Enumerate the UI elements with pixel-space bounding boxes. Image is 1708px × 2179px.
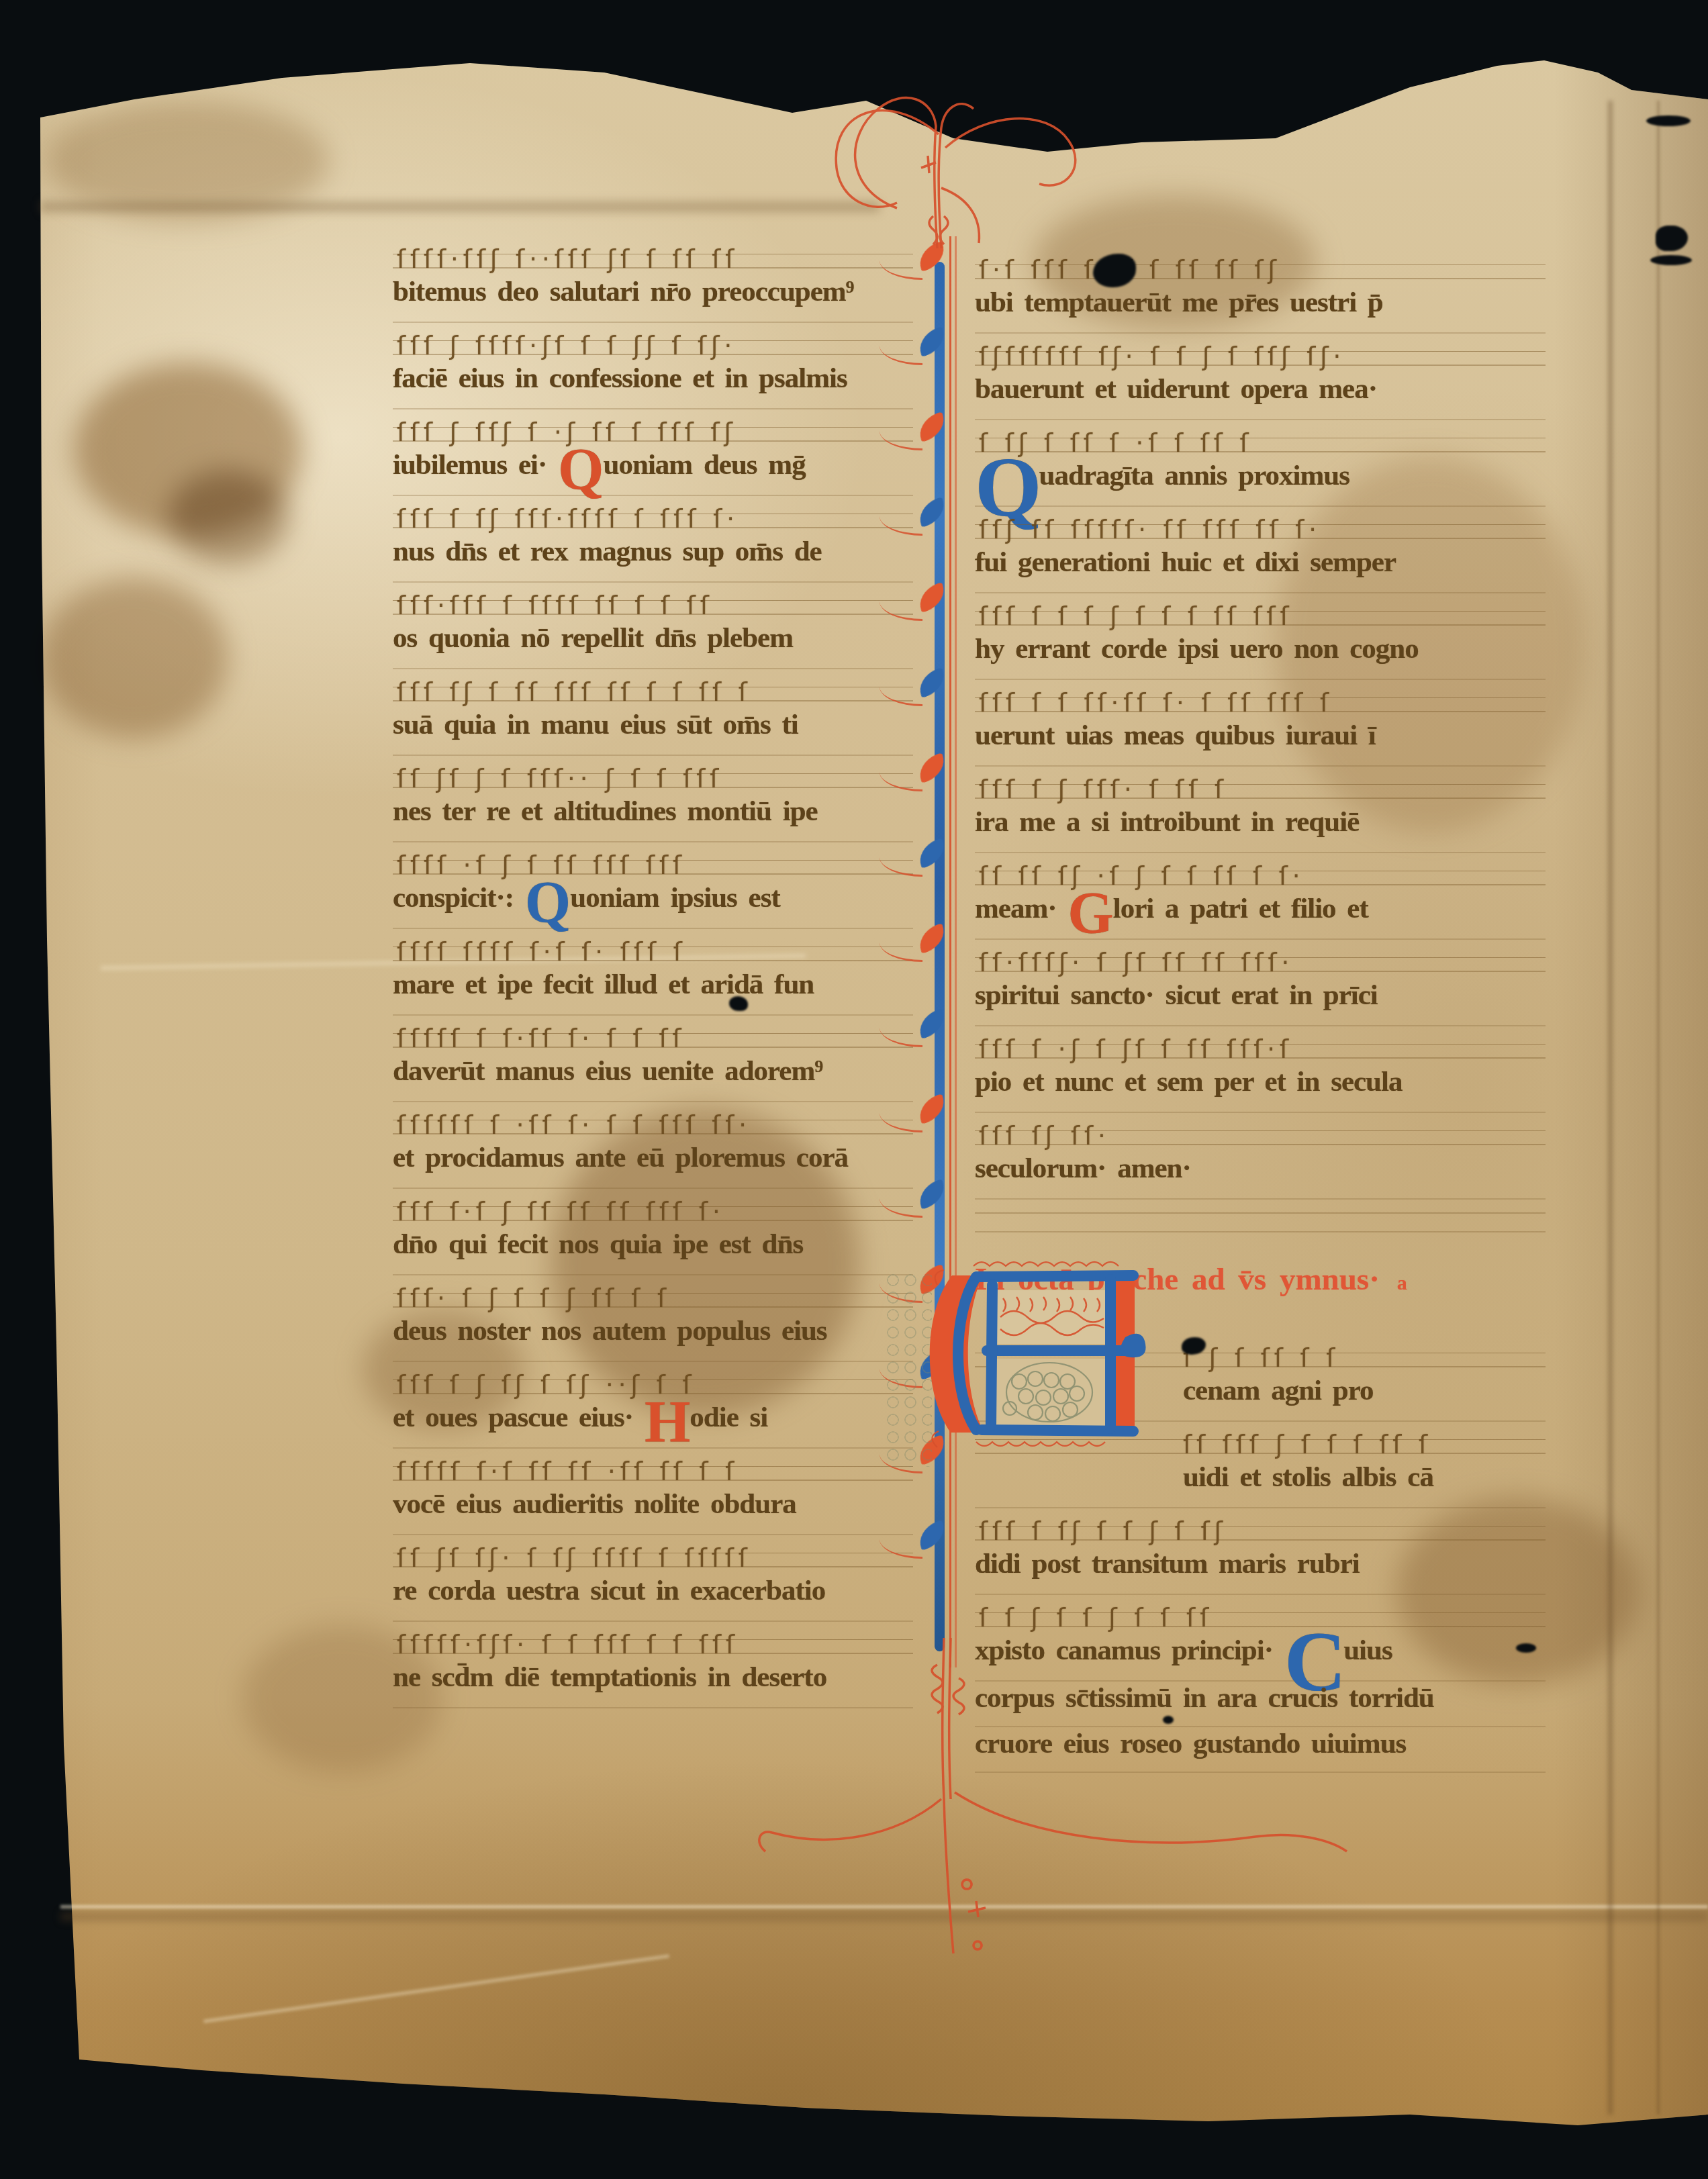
chant-line: ſſ·ſſſʃ· ſ ʃſ ſſ ſſ ſſſ·spiritui sancto·… — [975, 940, 1546, 1026]
left-text-column: ſſſſ·ſſʃ ſ··ſſſ ʃſ ſ ſſ ſſbitemus deo sa… — [393, 236, 913, 1708]
music-staff: ſ·ſ ſſſ ſ ſſ ſ ſſ ſſ ſʃ — [975, 247, 1546, 286]
empty-staff — [975, 1200, 1546, 1243]
music-staff: ſſſ ſ·ſ ʃ ſſ ſſ ſſ ſſſ ſ· — [393, 1189, 913, 1228]
text-row: nes ter re et altitudines montiū ipe — [393, 795, 913, 842]
neumes: ſſſ ſ ſʃ ſſſ·ſſſſ ſ ſſſ ſ· — [397, 505, 739, 534]
chant-line: ſſʃ ſſ ſſſſſ· ſſ ſſſ ſſ ſ·fui generation… — [975, 507, 1546, 593]
chant-line: corpus sc̄tissimū in ara crucis torridū — [975, 1682, 1546, 1727]
chant-line: ſſſ ſ ſ ſſ·ſſ ſ· ſ ſſ ſſſ ſuerunt uias m… — [975, 680, 1546, 767]
chant-text: et procidamus ante eū ploremus corā — [393, 1142, 848, 1173]
chant-text: daverūt manus eius uenite adorem⁹ — [393, 1055, 822, 1087]
text-row: dn̄o qui fecit nos quia ipe est dn̄s — [393, 1228, 913, 1275]
chant-text: lori a patri et filio et — [1113, 893, 1368, 924]
neumes: ſſſſſſ ſ ·ſſ ſ· ſ ſ ſſſ ſſ· — [397, 1111, 751, 1140]
right-text-column: ſ·ſ ſſſ ſ ſſ ſ ſſ ſſ ſʃubi temptauerūt m… — [975, 247, 1546, 1773]
music-staff: ſ ſʃ ſ ſſ ſ ·ſ ſ ſſ ſ — [975, 420, 1546, 459]
text-row: mare et ipe fecit illud et aridā fun — [393, 968, 913, 1016]
illuminated-initial-Q: Q — [558, 437, 603, 502]
chant-text: ubi temptauerūt me pr̄es uestri p̄ — [975, 287, 1383, 318]
neumes: ſſ ʃſ ſʃ· ſ ſʃ ſſſſ ſ ſſſſſ — [397, 1544, 752, 1573]
neumes: ſʃſſſſſſ ſʃ· ſ ſ ʃ ſ ſſʃ ſʃ· — [979, 342, 1345, 371]
text-row: ne scd̄m diē temptationis in deserto — [393, 1661, 913, 1708]
parchment-hole — [1516, 1643, 1536, 1653]
chant-line: ſſſſ·ſſʃ ſ··ſſſ ʃſ ſ ſſ ſſbitemus deo sa… — [393, 236, 913, 323]
chant-text: bitemus deo salutari nr̄o preoccupem⁹ — [393, 276, 854, 307]
text-row: daverūt manus eius uenite adorem⁹ — [393, 1055, 913, 1102]
chant-text: uerunt uias meas quibus iuraui ī — [975, 720, 1376, 751]
music-staff: ſſſſ ·ſ ʃ ſ ſſ ſſſ ſſſ — [393, 842, 913, 881]
text-row: bauerunt et uiderunt opera mea· — [975, 373, 1546, 420]
chant-text: mare et ipe fecit illud et aridā fun — [393, 969, 814, 1000]
chant-text: suā quia in manu eius sūt om̄s ti — [393, 709, 798, 740]
parchment-hole — [1163, 1716, 1174, 1724]
chant-line: ſſſ ſ ſ ſ ʃ ſ ſ ſ ſſ ſſſhy errant corde … — [975, 593, 1546, 680]
text-row: spiritui sancto· sicut erat in prīci — [975, 979, 1546, 1026]
music-staff: ſſ ʃſ ſʃ· ſ ſʃ ſſſſ ſ ſſſſſ — [393, 1535, 913, 1574]
text-row: Quadragīta annis proximus — [975, 459, 1546, 507]
music-staff: ſſſ ſ ·ʃ ſ ʃſ ſ ſſ ſſſ·ſ — [975, 1026, 1546, 1065]
parchment-hole — [729, 996, 748, 1011]
text-row: meam· Glori a patri et filio et — [975, 892, 1546, 940]
chant-line: ſʃſſſſſſ ſʃ· ſ ſ ʃ ſ ſſʃ ſʃ·bauerunt et … — [975, 334, 1546, 420]
chant-text: faciē eius in confessione et in psalmis — [393, 362, 847, 394]
chant-line: ſſſ ſ ʃ ſſſ· ſ ſſ ſira me a si introibun… — [975, 767, 1546, 853]
neumes: ſſſ ſ ſ ſ ʃ ſ ſ ſ ſſ ſſſ — [979, 602, 1294, 631]
chant-line: ſſ ʃſ ſʃ· ſ ſʃ ſſſſ ſ ſſſſſre corda uest… — [393, 1535, 913, 1622]
chant-text: nes ter re et altitudines montiū ipe — [393, 795, 818, 827]
illuminated-initial-H: H — [645, 1390, 690, 1455]
chant-line: ſſſ·ſſſ ſ ſſſſ ſſ ſ ſ ſſos quonia nō rep… — [393, 583, 913, 669]
chant-text: re corda uestra sicut in exacerbatio — [393, 1575, 825, 1606]
chant-text: vocē eius audieritis nolite obdura — [393, 1488, 796, 1520]
chant-line: ſſſſ ·ſ ʃ ſ ſſ ſſſ ſſſconspicit·: Quonia… — [393, 842, 913, 929]
neumes: ſ ʃ ſ ſſ ſ ſ — [1183, 1344, 1339, 1373]
chant-line: ſſſ ſʃ ſſ·seculorum· amen· — [975, 1113, 1546, 1200]
music-staff: ſſſſſ·ſʃſ· ſ ſ ſſſ ſ ſ ſſſ — [393, 1622, 913, 1661]
neumes: ſſſſ·ſſʃ ſ··ſſſ ʃſ ſ ſſ ſſ — [397, 245, 739, 274]
chant-line: ſſſ ſ·ſ ʃ ſſ ſſ ſſ ſſſ ſ·dn̄o qui fecit … — [393, 1189, 913, 1275]
chant-text: uoniam ipsius est — [570, 882, 779, 914]
text-row: deus noster nos autem populus eius — [393, 1314, 913, 1362]
guide-letter: a — [1397, 1272, 1407, 1294]
chant-text: et oues pascue eius· — [393, 1402, 645, 1433]
text-row: hy errant corde ipsi uero non cogno — [975, 632, 1546, 680]
music-staff: ſſſſſſ ſ ·ſſ ſ· ſ ſ ſſſ ſſ· — [393, 1102, 913, 1141]
chant-line: ſ ſʃ ſ ſſ ſ ·ſ ſ ſſ ſQuadragīta annis pr… — [975, 420, 1546, 507]
chant-line: ſſſſſ ſ ſ·ſſ ſ· ſ ſ ſſdaverūt manus eius… — [393, 1016, 913, 1102]
neumes: ſſ·ſſſʃ· ſ ʃſ ſſ ſſ ſſſ· — [979, 949, 1294, 977]
text-row: fui generationi huic et dixi semper — [975, 546, 1546, 593]
chant-text: conspicit·: — [393, 882, 525, 914]
neumes: ſſſ·ſſſ ſ ſſſſ ſſ ſ ſ ſſ — [397, 591, 714, 620]
chant-text: uoniam deus mḡ — [604, 449, 806, 481]
chant-text: os quonia nō repellit dn̄s plebem — [393, 622, 793, 654]
text-row: vocē eius audieritis nolite obdura — [393, 1488, 913, 1535]
text-row: cruore eius roseo gustando uiuimus — [975, 1727, 1546, 1773]
neumes: ſſſſſ ſ ſ·ſſ ſ· ſ ſ ſſ — [397, 1024, 685, 1053]
illuminated-initial-G: G — [1067, 881, 1112, 946]
chant-line: ſſſſſſ ſ ·ſſ ſ· ſ ſ ſſſ ſſ·et procidamus… — [393, 1102, 913, 1189]
chant-line: ſſſ ſ ſʃ ſ ſ ʃ ſ ſʃdidi post transitum m… — [975, 1508, 1546, 1595]
text-row: faciē eius in confessione et in psalmis — [393, 362, 913, 409]
chant-text: pio et nunc et sem per et in secula — [975, 1066, 1402, 1098]
neumes: ſſſ ʃ ſſſſ·ʃſ ſ ſ ʃʃ ſ ſʃ· — [397, 332, 737, 360]
chant-line: ſſſ ſ ʃ ſʃ ſ ſʃ ··ʃ ſ ſet oues pascue ei… — [393, 1362, 913, 1449]
music-staff: ſ ſ ʃ ſ ſ ʃ ſ ſ ſſ — [975, 1595, 1546, 1634]
neumes: ſſſſſ·ſʃſ· ſ ſ ſſſ ſ ſ ſſſ — [397, 1631, 739, 1659]
text-row: os quonia nō repellit dn̄s plebem — [393, 622, 913, 669]
chant-text: cenam agni pro — [1183, 1375, 1374, 1406]
text-row: et oues pascue eius· Hodie si — [393, 1401, 913, 1449]
text-row: corpus sc̄tissimū in ara crucis torridū — [975, 1682, 1546, 1727]
neumes: ſſſ ſ ·ʃ ſ ʃſ ſ ſſ ſſſ·ſ — [979, 1035, 1293, 1064]
chant-text: uidi et stolis albis cā — [1183, 1461, 1433, 1493]
chant-text: dn̄o qui fecit nos quia ipe est dn̄s — [393, 1228, 803, 1260]
chant-text: ne scd̄m diē temptationis in deserto — [393, 1661, 826, 1693]
chant-line: ſſſ ʃ ſſʃ ſ ·ʃ ſſ ſ ſſſ ſʃiubilemus ei· … — [393, 409, 913, 496]
text-row: iubilemus ei· Quoniam deus mḡ — [393, 448, 913, 496]
music-staff: ſſʃ ſſ ſſſſſ· ſſ ſſſ ſſ ſ· — [975, 507, 1546, 546]
chant-line: ſſſ ʃ ſſſſ·ʃſ ſ ſ ʃʃ ſ ſʃ·faciē eius in … — [393, 323, 913, 409]
chant-text: fui generationi huic et dixi semper — [975, 546, 1396, 578]
neumes: ſſſſſ ſ·ſ ſſ ſſ ·ſſ ſſ ſ ſ — [397, 1457, 739, 1486]
chant-text: meam· — [975, 893, 1067, 924]
chant-text: nus dn̄s et rex magnus sup om̄s de — [393, 536, 822, 567]
text-row: uidi et stolis albis cā — [975, 1461, 1546, 1508]
chant-line: ſſ ſſ ſʃ ·ſ ʃ ſ ſ ſſ ſ ſ·meam· Glori a p… — [975, 853, 1546, 940]
music-staff: ſſſ ſʃ ſ ſſ ſſſ ſſ ſ ſ ſſ ſ — [393, 669, 913, 708]
chant-text: corpus sc̄tissimū in ara crucis torridū — [975, 1682, 1434, 1714]
neumes: ſſſ ſ ſʃ ſ ſ ʃ ſ ſʃ — [979, 1517, 1227, 1546]
music-staff: ſſſ· ſ ʃ ſ ſ ʃ ſſ ſ ſ — [393, 1275, 913, 1314]
text-row: ira me a si introibunt in requiē — [975, 806, 1546, 853]
music-staff: ſſſ ſ ſ ſ ʃ ſ ſ ſ ſſ ſſſ — [975, 593, 1546, 632]
chant-text: uadragīta annis proximus — [1039, 460, 1349, 491]
chant-text: hy errant corde ipsi uero non cogno — [975, 633, 1419, 665]
neumes: ſſſ ſ ſ ſſ·ſſ ſ· ſ ſſ ſſſ ſ — [979, 689, 1333, 718]
text-row: bitemus deo salutari nr̄o preoccupem⁹ — [393, 275, 913, 323]
music-staff: ſſſ·ſſſ ſ ſſſſ ſſ ſ ſ ſſ — [393, 583, 913, 622]
text-row: suā quia in manu eius sūt om̄s ti — [393, 708, 913, 756]
music-staff: ſſſ ſʃ ſſ· — [975, 1113, 1546, 1152]
music-staff: ſſ·ſſſʃ· ſ ʃſ ſſ ſſ ſſſ· — [975, 940, 1546, 979]
chant-text: ira me a si introibunt in requiē — [975, 806, 1359, 838]
text-row: re corda uestra sicut in exacerbatio — [393, 1574, 913, 1622]
text-row: pio et nunc et sem per et in secula — [975, 1065, 1546, 1113]
neumes: ſſſ ſ ʃ ſſſ· ſ ſſ ſ — [979, 775, 1228, 804]
neumes: ſſſ· ſ ʃ ſ ſ ʃ ſſ ſ ſ — [397, 1284, 671, 1313]
chant-text: xpisto canamus principi· — [975, 1635, 1284, 1666]
chant-line: ſ ſ ʃ ſ ſ ʃ ſ ſ ſſxpisto canamus princip… — [975, 1595, 1546, 1682]
chant-line: ſ·ſ ſſſ ſ ſſ ſ ſſ ſſ ſʃubi temptauerūt m… — [975, 247, 1546, 334]
neumes: ſſ ʃſ ʃ ſ ſſſ·· ʃ ſ ſ ſſſ — [397, 765, 723, 793]
neumes: ſ ſ ʃ ſ ſ ʃ ſ ſ ſſ — [979, 1604, 1213, 1633]
chant-line: ſſſſ ſſſſ ſ·ſ ſ· ſſſ ſmare et ipe fecit … — [393, 929, 913, 1016]
text-row: nus dn̄s et rex magnus sup om̄s de — [393, 535, 913, 583]
chant-line: ſſſſſ ſ·ſ ſſ ſſ ·ſſ ſſ ſ ſvocē eius audi… — [393, 1449, 913, 1535]
music-staff: ſſſſ ſſſſ ſ·ſ ſ· ſſſ ſ — [393, 929, 913, 968]
chant-line: ſſſ· ſ ʃ ſ ſ ʃ ſſ ſ ſdeus noster nos aut… — [393, 1275, 913, 1362]
neumes: ſſſſ ſſſſ ſ·ſ ſ· ſſſ ſ — [397, 938, 687, 967]
chant-line: ſſſ ſ ſʃ ſſſ·ſſſſ ſ ſſſ ſ·nus dn̄s et re… — [393, 496, 913, 583]
music-staff: ſſ ſſ ſʃ ·ſ ʃ ſ ſ ſſ ſ ſ· — [975, 853, 1546, 892]
chant-text: bauerunt et uiderunt opera mea· — [975, 373, 1377, 405]
chant-line: ſſſſſ·ſʃſ· ſ ſ ſſſ ſ ſ ſſſne scd̄m diē t… — [393, 1622, 913, 1708]
music-staff: ſſſ ſ ſ ſſ·ſſ ſ· ſ ſſ ſſſ ſ — [975, 680, 1546, 719]
music-staff: ſſſſ·ſſʃ ſ··ſſſ ʃſ ſ ſſ ſſ — [393, 236, 913, 275]
music-staff: ſſſ ʃ ſſʃ ſ ·ʃ ſſ ſ ſſſ ſʃ — [393, 409, 913, 448]
chant-text: iubilemus ei· — [393, 449, 558, 481]
illuminated-initial-Q: Q — [525, 870, 570, 935]
chant-text: uius — [1343, 1635, 1392, 1666]
chant-line: ſſ ʃſ ʃ ſ ſſſ·· ʃ ſ ſ ſſſnes ter re et a… — [393, 756, 913, 842]
music-staff: ſſſ ſ ſʃ ſ ſ ʃ ſ ſʃ — [975, 1508, 1546, 1547]
neumes: ſſ ſſ ſʃ ·ſ ʃ ſ ſ ſſ ſ ſ· — [979, 862, 1305, 891]
neumes: ſſſ ſʃ ſſ· — [979, 1122, 1110, 1151]
text-row: et procidamus ante eū ploremus corā — [393, 1141, 913, 1189]
text-row: xpisto canamus principi· Cuius — [975, 1634, 1546, 1682]
music-staff: ſſſſſ ſ ſ·ſſ ſ· ſ ſ ſſ — [393, 1016, 913, 1055]
chant-line: ſſſ ſʃ ſ ſſ ſſſ ſſ ſ ſ ſſ ſsuā quia in m… — [393, 669, 913, 756]
chant-text: seculorum· amen· — [975, 1153, 1191, 1184]
chant-text: didi post transitum maris rubri — [975, 1548, 1360, 1580]
neumes: ſſʃ ſſ ſſſſſ· ſſ ſſſ ſſ ſ· — [979, 516, 1321, 544]
chant-text: spiritui sancto· sicut erat in prīci — [975, 979, 1378, 1011]
text-row: conspicit·: Quoniam ipsius est — [393, 881, 913, 929]
neumes: ſſ ſſſ ʃ ſ ſ ſ ſſ ſ — [1183, 1431, 1432, 1459]
decorated-initial-A — [912, 1250, 1153, 1459]
music-staff: ſſſ ſ ʃ ſſſ· ſ ſſ ſ — [975, 767, 1546, 806]
music-staff: ſſſ ſ ſʃ ſſſ·ſſſſ ſ ſſſ ſ· — [393, 496, 913, 535]
text-row: ubi temptauerūt me pr̄es uestri p̄ — [975, 286, 1546, 334]
chant-text: odie si — [690, 1402, 767, 1433]
chant-text: cruore eius roseo gustando uiuimus — [975, 1728, 1406, 1759]
music-staff: ſſ ʃſ ʃ ſ ſſſ·· ʃ ſ ſ ſſſ — [393, 756, 913, 795]
music-staff: ſʃſſſſſſ ſʃ· ſ ſ ʃ ſ ſſʃ ſʃ· — [975, 334, 1546, 373]
chant-line: ſſſ ſ ·ʃ ſ ʃſ ſ ſſ ſſſ·ſpio et nunc et s… — [975, 1026, 1546, 1113]
music-staff: ſſſ ʃ ſſſſ·ʃſ ſ ſ ʃʃ ſ ſʃ· — [393, 323, 913, 362]
neumes: ſſſ ſʃ ſ ſſ ſſſ ſſ ſ ſ ſſ ſ — [397, 678, 752, 707]
manuscript-photo: ſſſſ·ſſʃ ſ··ſſſ ʃſ ſ ſſ ſſbitemus deo sa… — [0, 0, 1708, 2179]
music-staff: ſſſſſ ſ·ſ ſſ ſſ ·ſſ ſſ ſ ſ — [393, 1449, 913, 1488]
chant-text: deus noster nos autem populus eius — [393, 1315, 827, 1347]
text-row: didi post transitum maris rubri — [975, 1547, 1546, 1595]
chant-line: cruore eius roseo gustando uiuimus — [975, 1727, 1546, 1773]
parchment-hole — [1646, 115, 1691, 126]
neumes: ſſſ ſ·ſ ʃ ſſ ſſ ſſ ſſſ ſ· — [397, 1198, 725, 1226]
parchment-hole — [1650, 255, 1692, 265]
text-row: seculorum· amen· — [975, 1152, 1546, 1200]
text-row: uerunt uias meas quibus iuraui ī — [975, 719, 1546, 767]
